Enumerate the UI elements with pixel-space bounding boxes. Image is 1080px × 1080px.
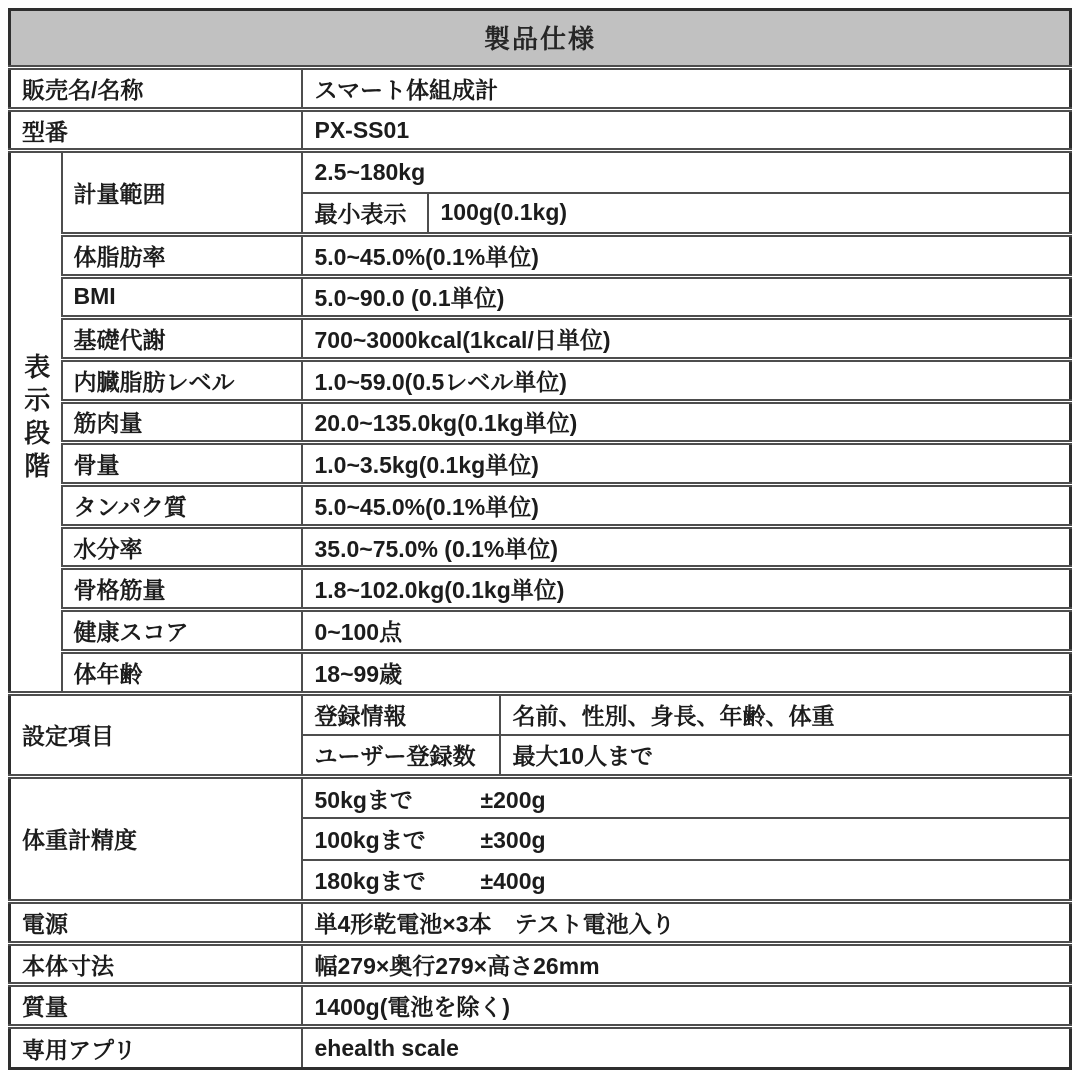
- table-row: タンパク質 5.0~45.0%(0.1%単位): [10, 485, 1071, 527]
- settings-label: 設定項目: [10, 693, 302, 776]
- weight-label: 質量: [10, 985, 302, 1027]
- display-item-value: 0~100点: [302, 610, 1071, 652]
- power-label: 電源: [10, 902, 302, 944]
- accuracy-row: 180kgまで±400g: [302, 860, 1071, 902]
- accuracy-tolerance: ±400g: [481, 868, 546, 894]
- display-item-value: 5.0~45.0%(0.1%単位): [302, 234, 1071, 276]
- dimensions-value: 幅279×奥行279×高さ26mm: [302, 943, 1071, 985]
- min-display-value: 100g(0.1kg): [428, 193, 1071, 235]
- app-label: 専用アプリ: [10, 1027, 302, 1069]
- accuracy-limit: 50kgまで: [315, 782, 481, 815]
- product-name-label: 販売名/名称: [10, 67, 302, 109]
- table-row: 水分率 35.0~75.0% (0.1%単位): [10, 526, 1071, 568]
- display-item-label: 内臓脂肪レベル: [62, 359, 302, 401]
- table-row: 専用アプリ ehealth scale: [10, 1027, 1071, 1069]
- table-row: 型番 PX-SS01: [10, 109, 1071, 151]
- display-item-label: 水分率: [62, 526, 302, 568]
- settings-sub-label: ユーザー登録数: [302, 735, 500, 777]
- accuracy-tolerance: ±300g: [481, 827, 546, 853]
- settings-sub-label: 登録情報: [302, 693, 500, 735]
- display-item-label: 基礎代謝: [62, 318, 302, 360]
- settings-sub-value: 名前、性別、身長、年齢、体重: [500, 693, 1071, 735]
- table-row: 体重計精度 50kgまで±200g: [10, 776, 1071, 818]
- table-row: 表示段階 計量範囲 2.5~180kg: [10, 151, 1071, 193]
- app-value: ehealth scale: [302, 1027, 1071, 1069]
- model-number-label: 型番: [10, 109, 302, 151]
- product-name-value: スマート体組成計: [302, 67, 1071, 109]
- display-item-label: 骨格筋量: [62, 568, 302, 610]
- display-item-label: 健康スコア: [62, 610, 302, 652]
- display-item-value: 5.0~45.0%(0.1%単位): [302, 485, 1071, 527]
- display-item-value: 1.0~59.0(0.5レベル単位): [302, 359, 1071, 401]
- display-item-value: 35.0~75.0% (0.1%単位): [302, 526, 1071, 568]
- display-item-value: 5.0~90.0 (0.1単位): [302, 276, 1071, 318]
- weight-value: 1400g(電池を除く): [302, 985, 1071, 1027]
- display-item-value: 20.0~135.0kg(0.1kg単位): [302, 401, 1071, 443]
- display-range-group-cell: 表示段階: [10, 151, 62, 693]
- display-item-label: 体年齢: [62, 651, 302, 693]
- display-item-value: 1.8~102.0kg(0.1kg単位): [302, 568, 1071, 610]
- display-item-label: 筋肉量: [62, 401, 302, 443]
- accuracy-limit: 100kgまで: [315, 822, 481, 855]
- model-number-value: PX-SS01: [302, 109, 1071, 151]
- display-item-label: 骨量: [62, 443, 302, 485]
- table-row: 骨量 1.0~3.5kg(0.1kg単位): [10, 443, 1071, 485]
- accuracy-label: 体重計精度: [10, 776, 302, 901]
- weighing-range-label: 計量範囲: [62, 151, 302, 234]
- accuracy-limit: 180kgまで: [315, 863, 481, 896]
- display-item-value: 18~99歳: [302, 651, 1071, 693]
- accuracy-row: 100kgまで±300g: [302, 818, 1071, 860]
- table-row: 質量 1400g(電池を除く): [10, 985, 1071, 1027]
- table-row: 販売名/名称 スマート体組成計: [10, 67, 1071, 109]
- display-range-group-label: 表示段階: [23, 353, 49, 485]
- table-title: 製品仕様: [10, 10, 1071, 68]
- accuracy-tolerance: ±200g: [481, 787, 546, 813]
- min-display-label: 最小表示: [302, 193, 428, 235]
- power-value: 単4形乾電池×3本 テスト電池入り: [302, 902, 1071, 944]
- table-row: 骨格筋量 1.8~102.0kg(0.1kg単位): [10, 568, 1071, 610]
- table-row: BMI 5.0~90.0 (0.1単位): [10, 276, 1071, 318]
- dimensions-label: 本体寸法: [10, 943, 302, 985]
- spec-table: 製品仕様 販売名/名称 スマート体組成計 型番 PX-SS01 表示段階 計量範…: [8, 8, 1072, 1070]
- table-row: 体年齢 18~99歳: [10, 651, 1071, 693]
- accuracy-row: 50kgまで±200g: [302, 776, 1071, 818]
- table-row: 基礎代謝 700~3000kcal(1kcal/日単位): [10, 318, 1071, 360]
- weighing-range-value: 2.5~180kg: [302, 151, 1071, 193]
- display-item-label: BMI: [62, 276, 302, 318]
- table-row: 電源 単4形乾電池×3本 テスト電池入り: [10, 902, 1071, 944]
- table-row: 設定項目 登録情報 名前、性別、身長、年齢、体重: [10, 693, 1071, 735]
- display-item-value: 1.0~3.5kg(0.1kg単位): [302, 443, 1071, 485]
- table-row: 健康スコア 0~100点: [10, 610, 1071, 652]
- title-row: 製品仕様: [10, 10, 1071, 68]
- display-item-value: 700~3000kcal(1kcal/日単位): [302, 318, 1071, 360]
- settings-sub-value: 最大10人まで: [500, 735, 1071, 777]
- table-row: 筋肉量 20.0~135.0kg(0.1kg単位): [10, 401, 1071, 443]
- display-item-label: タンパク質: [62, 485, 302, 527]
- table-row: 本体寸法 幅279×奥行279×高さ26mm: [10, 943, 1071, 985]
- product-spec-page: 製品仕様 販売名/名称 スマート体組成計 型番 PX-SS01 表示段階 計量範…: [0, 0, 1080, 1080]
- display-item-label: 体脂肪率: [62, 234, 302, 276]
- table-row: 体脂肪率 5.0~45.0%(0.1%単位): [10, 234, 1071, 276]
- table-row: 内臓脂肪レベル 1.0~59.0(0.5レベル単位): [10, 359, 1071, 401]
